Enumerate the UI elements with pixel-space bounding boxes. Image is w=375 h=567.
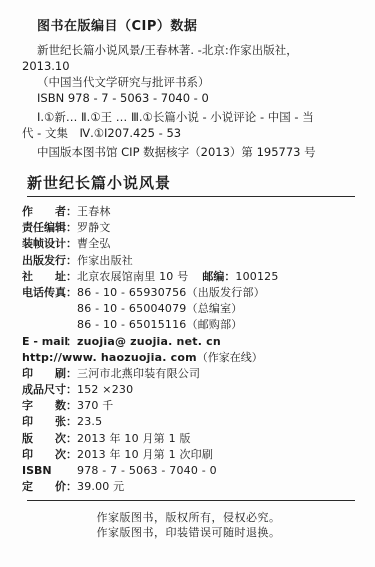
colophon-label: 字数 bbox=[22, 398, 66, 414]
colophon-value: 86 - 10 - 65004079（总编室） bbox=[77, 302, 243, 315]
colophon-value: 978 - 7 - 5063 - 7040 - 0 bbox=[77, 464, 217, 477]
copyright-notice: 作家版图书，版权所有，侵权必究。 bbox=[22, 510, 355, 525]
colophon-value: 39.00 元 bbox=[77, 480, 124, 493]
colophon-row: 字数：370 千 bbox=[22, 398, 355, 414]
colophon-row: 社址：北京农展馆南里 10 号邮编：100125 bbox=[22, 269, 355, 285]
cip-line-year: 2013.10 bbox=[22, 58, 355, 74]
website-suffix: （作家在线） bbox=[197, 351, 263, 364]
colophon-row: E - mail：zuojia@ zuojia. net. cn bbox=[22, 334, 355, 350]
footer-rule bbox=[27, 500, 355, 501]
colophon-value: 86 - 10 - 65930756（出版发行部） bbox=[77, 286, 265, 299]
colophon-row: 作者：王春林 bbox=[22, 204, 355, 220]
colophon-label: 版次 bbox=[22, 431, 66, 447]
colophon-colon: ： bbox=[66, 286, 77, 299]
cip-line-classification-2: 代 - 文集 Ⅳ.①I207.425 - 53 bbox=[22, 125, 355, 141]
colophon-colon: ： bbox=[66, 335, 77, 348]
colophon-row: 印次：2013 年 10 月第 1 次印刷 bbox=[22, 447, 355, 463]
colophon-colon: ： bbox=[66, 221, 77, 234]
colophon-value: 王春林 bbox=[77, 205, 111, 218]
colophon-colon: ： bbox=[66, 237, 77, 250]
colophon-row: 定价：39.00 元 bbox=[22, 479, 355, 495]
colophon-row: 电话传真：86 - 10 - 65930756（出版发行部） bbox=[22, 285, 355, 301]
colophon-colon: ： bbox=[66, 415, 77, 428]
colophon-colon: ： bbox=[66, 367, 77, 380]
colophon-value: 作家出版社 bbox=[77, 254, 133, 267]
colophon-label: 印刷 bbox=[22, 366, 66, 382]
colophon-label: 定价 bbox=[22, 479, 66, 495]
colophon-value: 23.5 bbox=[77, 415, 102, 428]
footer-notices: 作家版图书，版权所有，侵权必究。 作家版图书，印装错误可随时退换。 bbox=[22, 510, 355, 540]
colophon-label: E - mail bbox=[22, 334, 66, 350]
colophon-row: 印张：23.5 bbox=[22, 414, 355, 430]
colophon-label: 装帧设计 bbox=[22, 236, 66, 252]
colophon-row: 装帧设计：曹全弘 bbox=[22, 236, 355, 252]
colophon-value: 三河市北燕印装有限公司 bbox=[77, 367, 200, 380]
colophon-value: 2013 年 10 月第 1 次印刷 bbox=[77, 448, 213, 461]
colophon-label: ISBN bbox=[22, 463, 66, 479]
cip-line-series: （中国当代文学研究与批评书系） bbox=[22, 74, 355, 90]
colophon-value: 罗静文 bbox=[77, 221, 111, 234]
colophon: 作者：王春林责任编辑：罗静文装帧设计：曹全弘出版发行：作家出版社社址：北京农展馆… bbox=[22, 204, 355, 495]
colophon-label: 电话传真 bbox=[22, 285, 66, 301]
title-rule bbox=[27, 196, 355, 197]
colophon-colon: ： bbox=[66, 205, 77, 218]
colophon-value: 曹全弘 bbox=[77, 237, 111, 250]
cip-heading: 图书在版编目（CIP）数据 bbox=[37, 18, 355, 36]
colophon-row: http://www. haozuojia. com（作家在线） bbox=[22, 350, 355, 366]
colophon-row: 版次：2013 年 10 月第 1 版 bbox=[22, 431, 355, 447]
colophon-label: 印次 bbox=[22, 447, 66, 463]
colophon-value: 152 ×230 bbox=[77, 383, 133, 396]
colophon-value: 86 - 10 - 65015116（邮购部） bbox=[77, 318, 243, 331]
colophon-colon: ： bbox=[66, 399, 77, 412]
colophon-row: 责任编辑：罗静文 bbox=[22, 220, 355, 236]
colophon-row: ：86 - 10 - 65004079（总编室） bbox=[22, 301, 355, 317]
colophon-value: 370 千 bbox=[77, 399, 114, 412]
colophon-row: 出版发行：作家出版社 bbox=[22, 253, 355, 269]
colophon-value-2: 100125 bbox=[235, 270, 278, 283]
colophon-row: 成品尺寸：152 ×230 bbox=[22, 382, 355, 398]
colophon-row: ：86 - 10 - 65015116（邮购部） bbox=[22, 317, 355, 333]
colophon-colon: ： bbox=[66, 432, 77, 445]
colophon-label: 作者 bbox=[22, 204, 66, 220]
cip-block: 图书在版编目（CIP）数据 新世纪长篇小说风景/王春林著. -北京:作家出版社，… bbox=[22, 18, 355, 160]
colophon-colon-2: ： bbox=[224, 270, 235, 283]
colophon-label: 成品尺寸 bbox=[22, 382, 66, 398]
colophon-value: zuojia@ zuojia. net. cn bbox=[77, 335, 221, 348]
cip-line-title-author: 新世纪长篇小说风景/王春林著. -北京:作家出版社， bbox=[22, 42, 355, 58]
colophon-label: 印张 bbox=[22, 414, 66, 430]
colophon-label: 责任编辑 bbox=[22, 220, 66, 236]
colophon-label-2: 邮编 bbox=[202, 270, 224, 283]
book-title: 新世纪长篇小说风景 bbox=[27, 173, 355, 193]
colophon-colon: ： bbox=[66, 480, 77, 493]
cip-line-isbn: ISBN 978 - 7 - 5063 - 7040 - 0 bbox=[22, 90, 355, 106]
colophon-label: 出版发行 bbox=[22, 253, 66, 269]
colophon-label: 社址 bbox=[22, 269, 66, 285]
return-policy-notice: 作家版图书，印装错误可随时退换。 bbox=[22, 525, 355, 540]
colophon-value: 2013 年 10 月第 1 版 bbox=[77, 432, 191, 445]
website-url: http://www. haozuojia. com bbox=[22, 351, 197, 364]
colophon-row: ISBN：978 - 7 - 5063 - 7040 - 0 bbox=[22, 463, 355, 479]
book-copyright-page: 图书在版编目（CIP）数据 新世纪长篇小说风景/王春林著. -北京:作家出版社，… bbox=[0, 0, 375, 567]
colophon-row: 印刷：三河市北燕印装有限公司 bbox=[22, 366, 355, 382]
colophon-colon: ： bbox=[66, 383, 77, 396]
colophon-value: 北京农展馆南里 10 号 bbox=[77, 270, 188, 283]
colophon-colon: ： bbox=[66, 448, 77, 461]
colophon-colon: ： bbox=[66, 270, 77, 283]
cip-line-classification-1: Ⅰ.①新… Ⅱ.①王 … Ⅲ.①长篇小说 - 小说评论 - 中国 - 当 bbox=[22, 109, 355, 125]
colophon-colon: ： bbox=[66, 254, 77, 267]
cip-line-record-number: 中国版本图书馆 CIP 数据核字（2013）第 195773 号 bbox=[22, 144, 355, 160]
